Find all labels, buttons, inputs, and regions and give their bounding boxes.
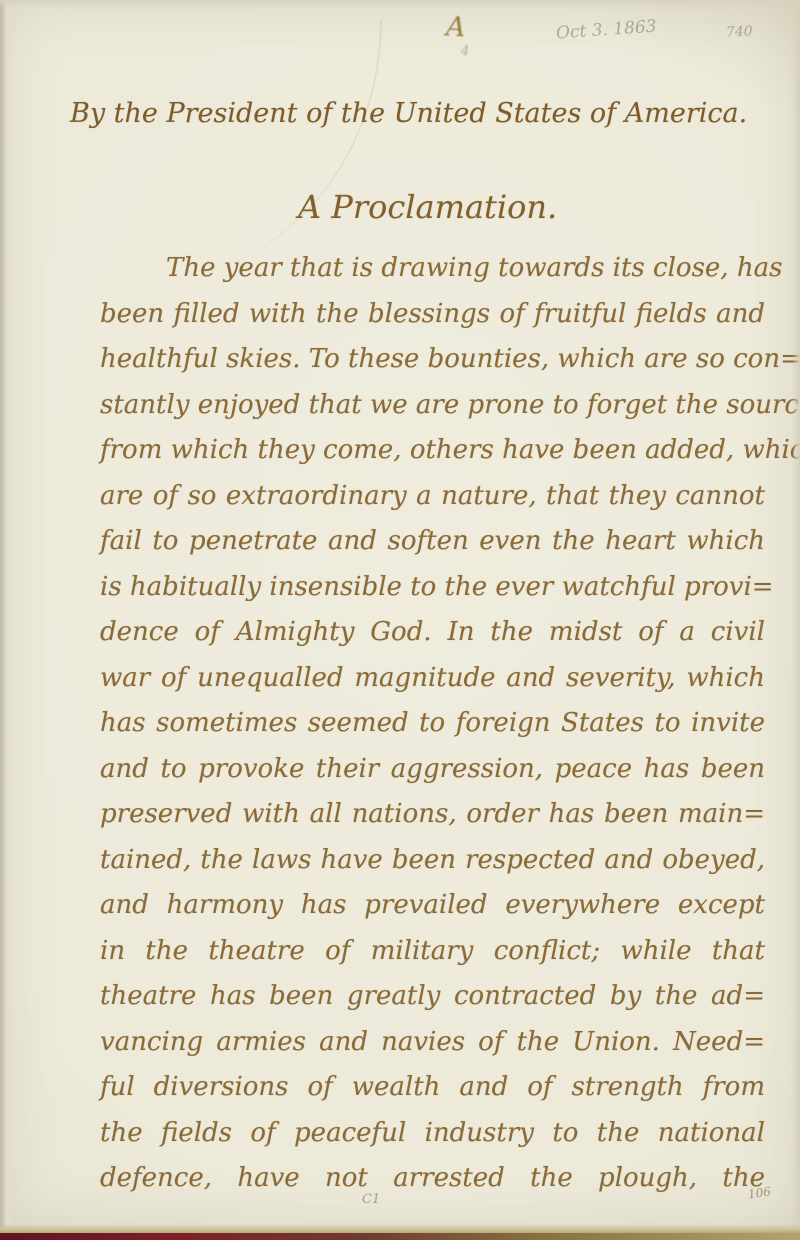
paper-crease — [150, 20, 382, 280]
manuscript-line: The year that is drawing towards its clo… — [100, 246, 765, 292]
document-subheading: A Proclamation. — [298, 188, 557, 226]
manuscript-line: vancing armies and navies of the Union. … — [100, 1020, 765, 1066]
manuscript-line: from which they come, others have been a… — [100, 428, 765, 474]
manuscript-line: tained, the laws have been respected and… — [100, 838, 765, 884]
pencil-number-annotation: 740 — [726, 23, 754, 40]
pencil-page-number-annotation: 106 — [747, 1184, 772, 1201]
manuscript-line: and harmony has prevailed everywhere exc… — [100, 883, 765, 929]
manuscript-line: the fields of peaceful industry to the n… — [100, 1111, 765, 1157]
paper-edge-top — [0, 0, 800, 8]
manuscript-line: and to provoke their aggression, peace h… — [100, 747, 765, 793]
paper-edge-right — [792, 0, 800, 1232]
ink-blot-mark-small: 4 — [461, 44, 469, 59]
manuscript-line: are of so extraordinary a nature, that t… — [100, 474, 765, 520]
manuscript-line: fail to penetrate and soften even the he… — [100, 519, 765, 565]
document-scan: Oct 3. 1863 740 A 4 By the President of … — [0, 0, 800, 1240]
pencil-bottom-left-annotation: C1 — [362, 1192, 380, 1207]
manuscript-line: ful diversions of wealth and of strength… — [100, 1065, 765, 1111]
manuscript-line: preserved with all nations, order has be… — [100, 792, 765, 838]
document-heading: By the President of the United States of… — [70, 98, 740, 129]
manuscript-line: in the theatre of military conflict; whi… — [100, 929, 765, 975]
manuscript-line: dence of Almighty God. In the midst of a… — [100, 610, 765, 656]
manuscript-line: war of unequalled magnitude and severity… — [100, 656, 765, 702]
manuscript-line: has sometimes seemed to foreign States t… — [100, 701, 765, 747]
paper-edge-bottom — [0, 1224, 800, 1233]
manuscript-line: healthful skies. To these bounties, whic… — [100, 337, 765, 383]
ink-blot-mark: A — [445, 12, 466, 44]
manuscript-line: been filled with the blessings of fruitf… — [100, 292, 765, 338]
backing-board-strip — [0, 1233, 800, 1240]
manuscript-line: defence, have not arrested the plough, t… — [100, 1156, 765, 1202]
paper-edge-left — [0, 0, 13, 1232]
manuscript-line: is habitually insensible to the ever wat… — [100, 565, 765, 611]
manuscript-line: stantly enjoyed that we are prone to for… — [100, 383, 765, 429]
manuscript-line: theatre has been greatly contracted by t… — [100, 974, 765, 1020]
manuscript-page: Oct 3. 1863 740 A 4 By the President of … — [0, 0, 800, 1232]
manuscript-body: The year that is drawing towards its clo… — [100, 246, 765, 1202]
pencil-date-annotation: Oct 3. 1863 — [555, 17, 657, 44]
